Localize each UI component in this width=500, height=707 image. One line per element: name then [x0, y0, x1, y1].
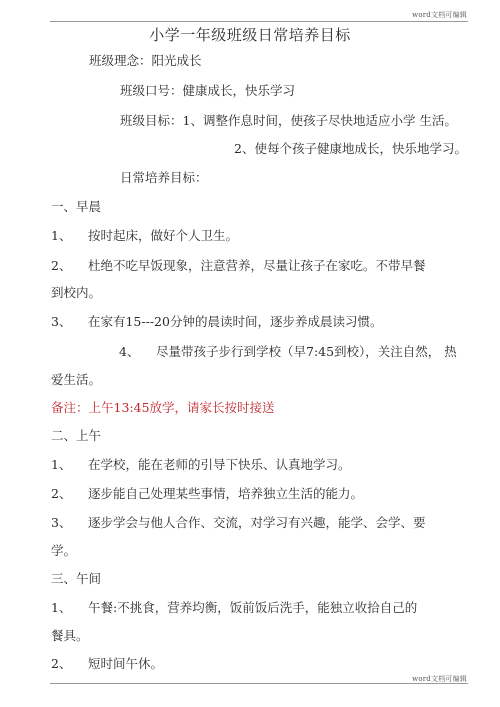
- list-item-number: 3、: [51, 314, 82, 330]
- list-item-number: 4、: [119, 344, 150, 360]
- list-item-number: 1、: [51, 457, 82, 473]
- list-item-continuation: 学。: [51, 543, 76, 559]
- header-watermark: word文档可编辑: [412, 10, 467, 20]
- list-item-text: 在学校，能在老师的引导下快乐、认真地学习。: [88, 457, 351, 472]
- list-item-number: 2、: [51, 486, 82, 502]
- list-item-text: 短时间午休。: [88, 656, 163, 671]
- class-slogan: 班级口号：健康成长，快乐学习: [120, 83, 295, 99]
- dismissal-note: 备注：上午13:45放学，请家长按时接送: [51, 400, 275, 416]
- section-heading-noon: 三、午间: [51, 571, 101, 587]
- section-heading-morning: 一、早晨: [51, 199, 101, 215]
- list-item-text: 午餐:不挑食，营养均衡，饭前饭后洗手，能独立收拾自己的: [88, 600, 417, 615]
- list-item: 1、 在学校，能在老师的引导下快乐、认真地学习。: [51, 457, 351, 473]
- list-item: 1、 按时起床，做好个人卫生。: [51, 228, 238, 244]
- list-item: 2、 杜绝不吃早饭现象，注意营养，尽量让孩子在家吃。不带早餐: [51, 258, 426, 274]
- list-item: 3、 在家有15---20分钟的晨读时间，逐步养成晨读习惯。: [51, 314, 382, 330]
- document-page: word文档可编辑 小学一年级班级日常培养目标 班级理念：阳光成长 班级口号：健…: [0, 0, 500, 707]
- list-item-number: 2、: [51, 258, 82, 274]
- list-item-text: 逐步能自己处理某些事情，培养独立生活的能力。: [88, 486, 363, 501]
- list-item-continuation: 到校内。: [51, 285, 101, 301]
- list-item: 1、 午餐:不挑食，营养均衡，饭前饭后洗手，能独立收拾自己的: [51, 600, 417, 616]
- list-item-text: 按时起床，做好个人卫生。: [88, 228, 238, 243]
- list-item-number: 2、: [51, 656, 82, 672]
- list-item-number: 1、: [51, 600, 82, 616]
- document-title: 小学一年级班级日常培养目标: [0, 27, 500, 43]
- list-item-text: 逐步学会与他人合作、交流，对学习有兴趣，能学、会学、要: [88, 515, 426, 530]
- class-goal-1: 班级目标：1、调整作息时间，使孩子尽快地适应小学 生活。: [120, 113, 457, 129]
- class-philosophy: 班级理念：阳光成长: [89, 53, 202, 69]
- footer-rule: [50, 683, 468, 684]
- list-item: 2、 逐步能自己处理某些事情，培养独立生活的能力。: [51, 486, 363, 502]
- list-item: 3、 逐步学会与他人合作、交流，对学习有兴趣，能学、会学、要: [51, 515, 426, 531]
- header-rule: [50, 21, 468, 22]
- list-item-text: 在家有15---20分钟的晨读时间，逐步养成晨读习惯。: [88, 314, 382, 329]
- list-item: 2、 短时间午休。: [51, 656, 163, 672]
- daily-goals-heading: 日常培养目标：: [120, 170, 208, 186]
- list-item-text: 杜绝不吃早饭现象，注意营养，尽量让孩子在家吃。不带早餐: [88, 258, 426, 273]
- list-item-number: 1、: [51, 228, 82, 244]
- list-item-continuation: 餐具。: [51, 628, 89, 644]
- class-goal-2: 2、使每个孩子健康地成长，快乐地学习。: [234, 141, 467, 157]
- section-heading-forenoon: 二、上午: [51, 428, 101, 444]
- list-item-text: 尽量带孩子步行到学校（早7:45到校），关注自然， 热: [156, 344, 457, 359]
- list-item-continuation: 爱生活。: [51, 372, 101, 388]
- list-item: 4、 尽量带孩子步行到学校（早7:45到校），关注自然， 热: [119, 344, 457, 360]
- list-item-number: 3、: [51, 515, 82, 531]
